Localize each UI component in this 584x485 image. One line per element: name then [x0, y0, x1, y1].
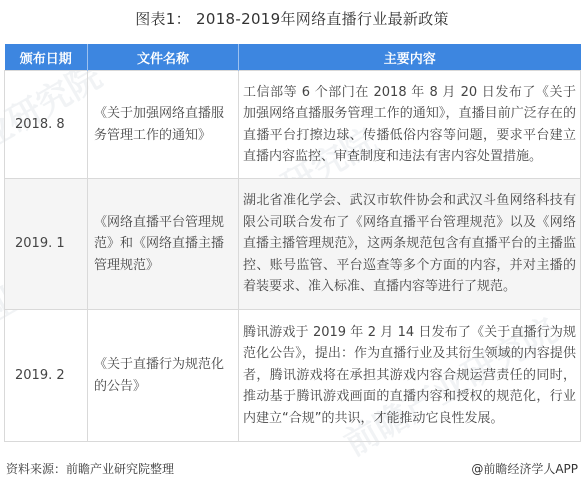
- table-row: 2019. 2 《关于直播行为规范化的公告》 腾讯游戏于 2019 年 2 月 …: [5, 310, 581, 442]
- table-row: 2019. 1 《网络直播平台管理规范》和《网络直播主播管理规范》 湖北省准化学…: [5, 179, 581, 310]
- cell-name: 《网络直播平台管理规范》和《网络直播主播管理规范》: [88, 179, 239, 310]
- cell-name: 《关于加强网络直播服务管理工作的通知》: [88, 71, 239, 179]
- cell-content: 湖北省准化学会、武汉市软件协会和武汉斗鱼网络科技有限公司联合发布了《网络直播平台…: [239, 179, 581, 310]
- table-row: 2018. 8 《关于加强网络直播服务管理工作的通知》 工信部等 6 个部门在 …: [5, 71, 581, 179]
- credit-note: @前瞻经济学人APP: [471, 460, 578, 477]
- header-date: 颁布日期: [5, 44, 88, 71]
- cell-content: 腾讯游戏于 2019 年 2 月 14 日发布了《关于直播行为规范化公告》，提出…: [239, 310, 581, 442]
- table-header-row: 颁布日期 文件名称 主要内容: [5, 44, 581, 71]
- cell-name: 《关于直播行为规范化的公告》: [88, 310, 239, 442]
- source-note: 资料来源：前瞻产业研究院整理: [6, 460, 174, 477]
- header-name: 文件名称: [88, 44, 239, 71]
- cell-content: 工信部等 6 个部门在 2018 年 8 月 20 日发布了《关于加强网络直播服…: [239, 71, 581, 179]
- cell-date: 2019. 1: [5, 179, 88, 310]
- cell-date: 2019. 2: [5, 310, 88, 442]
- header-content: 主要内容: [239, 44, 581, 71]
- policy-table: 颁布日期 文件名称 主要内容 2018. 8 《关于加强网络直播服务管理工作的通…: [4, 44, 581, 442]
- figure-title: 图表1： 2018-2019年网络直播行业最新政策: [0, 8, 584, 29]
- cell-date: 2018. 8: [5, 71, 88, 179]
